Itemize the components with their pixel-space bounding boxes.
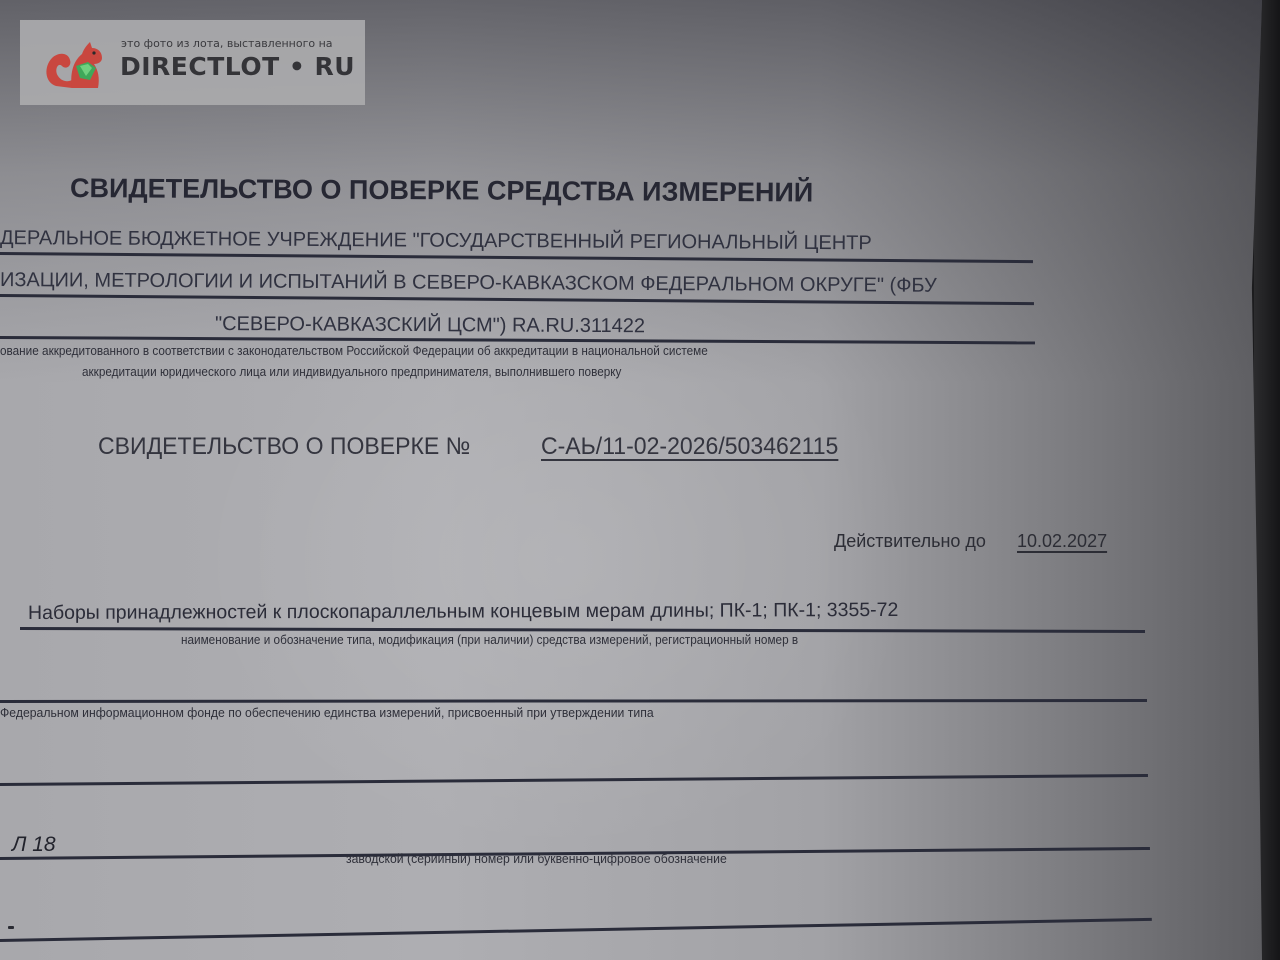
document-sheet <box>0 0 1262 960</box>
serial-caption: заводской (серийный) номер или буквенно-… <box>346 851 727 866</box>
squirrel-with-gem-icon <box>42 36 110 92</box>
instrument-name: Наборы принадлежностей к плоскопараллель… <box>28 599 898 625</box>
directlot-watermark: это фото из лота, выставленного на DIREC… <box>20 20 365 105</box>
document-title: СВИДЕТЕЛЬСТВО О ПОВЕРКЕ СРЕДСТВА ИЗМЕРЕН… <box>70 173 813 209</box>
registry-caption: Федеральном информационном фонде по обес… <box>0 705 654 720</box>
certificate-label: СВИДЕТЕЛЬСТВО О ПОВЕРКЕ № <box>98 433 470 461</box>
watermark-brand: DIRECTLOT • RU <box>120 52 355 81</box>
valid-until-date: 10.02.2027 <box>1017 531 1107 552</box>
organization-caption-line-1: ование аккредитованного в соответствии с… <box>0 344 708 358</box>
valid-until-label: Действительно до <box>834 531 986 552</box>
photo-scene: это фото из лота, выставленного на DIREC… <box>0 0 1280 960</box>
certificate-number: С-АЬ/11-02-2026/503462115 <box>541 433 838 461</box>
serial-number: Л 18 <box>12 833 56 857</box>
instrument-caption: наименование и обозначение типа, модифик… <box>181 633 798 647</box>
watermark-caption: это фото из лота, выставленного на <box>121 37 333 50</box>
organization-line-3: "СЕВЕРО-КАВКАЗСКИЙ ЦСМ") RA.RU.311422 <box>215 313 645 338</box>
ink-mark <box>8 926 14 929</box>
organization-caption-line-2: аккредитации юридического лица или индив… <box>82 365 621 379</box>
